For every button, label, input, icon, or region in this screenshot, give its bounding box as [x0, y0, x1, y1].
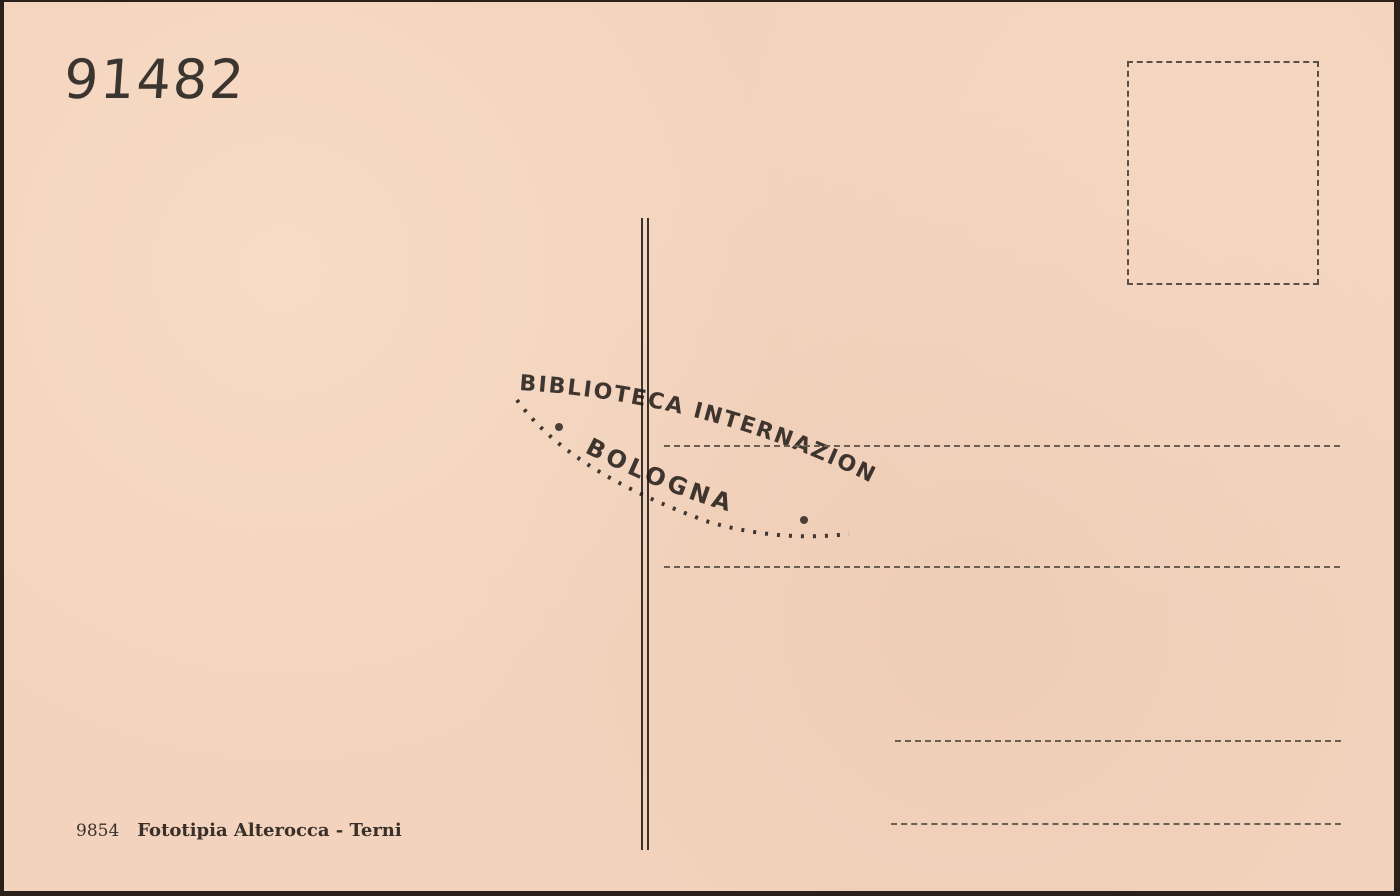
publisher-number: 9854 [76, 821, 119, 841]
publisher-text: Fototipia Alterocca - Terni [137, 820, 401, 841]
stamp-placement-box [1127, 61, 1319, 285]
postmark-line1: BIBLIOTECA INTERNAZIONALE [509, 362, 881, 489]
address-line-4 [891, 823, 1341, 825]
address-line-3 [895, 740, 1341, 742]
inventory-number: 91482 [62, 48, 248, 111]
postcard-back: 91482 BIBLIOTECA INTERNAZIONALE BOLOGNA … [4, 2, 1394, 891]
publisher-imprint: 9854Fototipia Alterocca - Terni [76, 820, 402, 841]
library-postmark-stamp: BIBLIOTECA INTERNAZIONALE BOLOGNA [509, 362, 889, 542]
address-line-1 [664, 445, 1340, 447]
svg-text:BIBLIOTECA INTERNAZIONALE: BIBLIOTECA INTERNAZIONALE [509, 362, 881, 489]
address-line-2 [664, 566, 1340, 568]
